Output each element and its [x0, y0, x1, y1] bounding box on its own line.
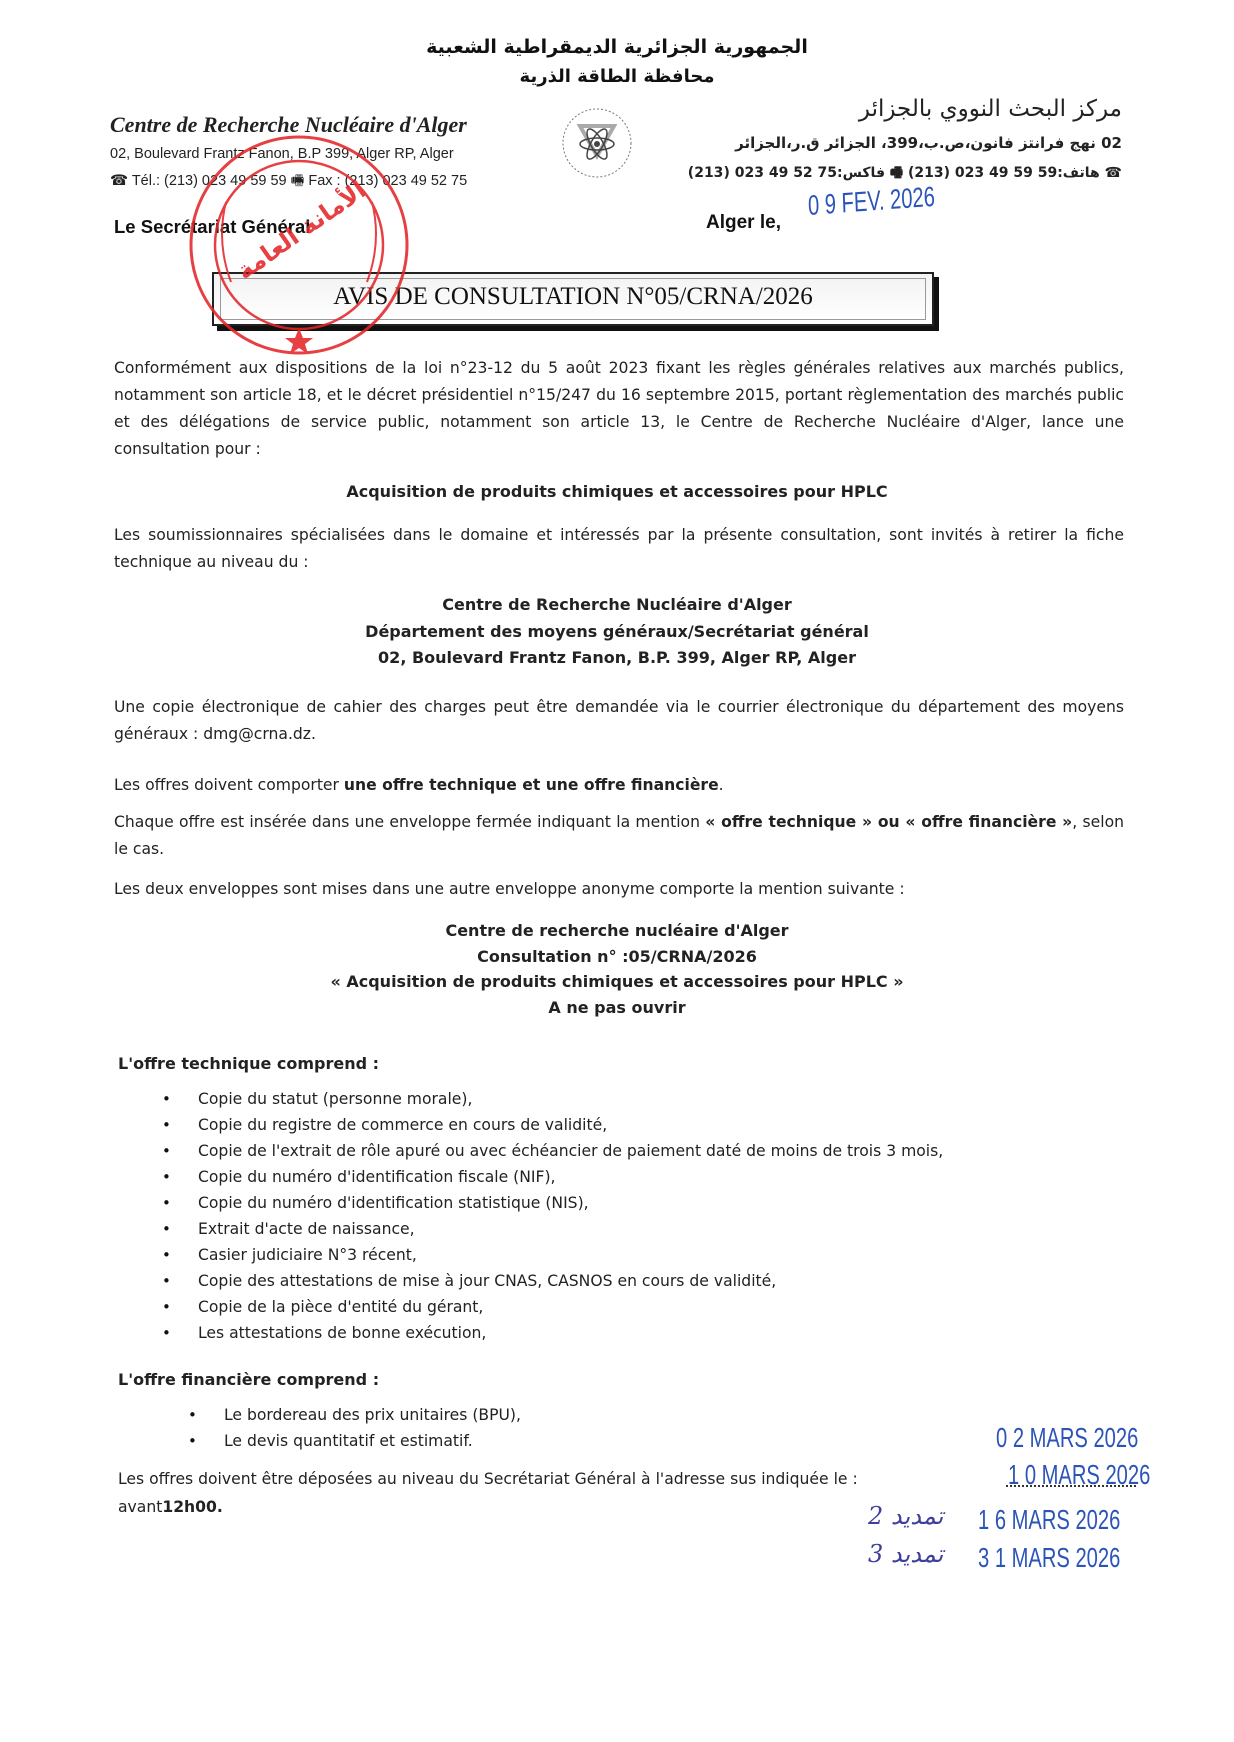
- address-line: Département des moyens généraux/Secrétar…: [0, 619, 1234, 646]
- list-item: Casier judiciaire N°3 récent,: [162, 1242, 943, 1268]
- withdrawal-address-block: Centre de Recherche Nucléaire d'Alger Dé…: [0, 592, 1234, 672]
- date-label: Alger le,: [706, 212, 781, 234]
- list-item: Copie du statut (personne morale),: [162, 1086, 943, 1112]
- org-address-ar: 02 نهج فرانتز فانون،ص.ب،399، الجزائر ق.ر…: [735, 134, 1122, 152]
- org-name-ar: مركز البحث النووي بالجزائر: [859, 96, 1122, 122]
- offers-paragraph: Les offres doivent comporter une offre t…: [114, 772, 1124, 799]
- list-item: Copie de l'extrait de rôle apuré ou avec…: [162, 1138, 943, 1164]
- atom-emblem-icon: [558, 104, 636, 182]
- deadline-stamp-first: 0 2 MARS 2026: [996, 1422, 1138, 1454]
- deadline-stamp-extension-3: 3 1 MARS 2026: [978, 1542, 1120, 1574]
- list-item: Les attestations de bonne exécution,: [162, 1320, 943, 1346]
- anonymous-envelope-paragraph: Les deux enveloppes sont mises dans une …: [114, 876, 1124, 903]
- list-item: Copie du numéro d'identification fiscale…: [162, 1164, 943, 1190]
- envelope-line: Consultation n° :05/CRNA/2026: [0, 944, 1234, 970]
- technical-offer-list: Copie du statut (personne morale), Copie…: [162, 1086, 943, 1346]
- handwritten-extension-2: تمديد 2: [868, 1502, 943, 1530]
- list-item: Copie de la pièce d'entité du gérant,: [162, 1294, 943, 1320]
- consultation-subject: Acquisition de produits chimiques et acc…: [0, 478, 1234, 505]
- list-item: Copie des attestations de mise à jour CN…: [162, 1268, 943, 1294]
- deadline-time: avant12h00.: [118, 1494, 223, 1521]
- list-item: Le bordereau des prix unitaires (BPU),: [188, 1402, 521, 1428]
- financial-offer-heading: L'offre financière comprend :: [118, 1366, 379, 1393]
- intro-paragraph: Conformément aux dispositions de la loi …: [114, 355, 1124, 463]
- envelope-mention-block: Centre de recherche nucléaire d'Alger Co…: [0, 918, 1234, 1020]
- invite-paragraph: Les soumissionnaires spécialisées dans l…: [114, 522, 1124, 576]
- list-item: Copie du numéro d'identification statist…: [162, 1190, 943, 1216]
- offers-emphasis: une offre technique et une offre financi…: [344, 776, 719, 794]
- electronic-copy-paragraph: Une copie électronique de cahier des cha…: [114, 694, 1124, 748]
- address-line: 02, Boulevard Frantz Fanon, B.P. 399, Al…: [0, 645, 1234, 672]
- deadline-stamp-extension-2: 1 6 MARS 2026: [978, 1504, 1120, 1536]
- deadline-stamp-original: 1 0 MARS 2026: [1008, 1459, 1150, 1491]
- address-line: Centre de Recherche Nucléaire d'Alger: [0, 592, 1234, 619]
- envelope-paragraph: Chaque offre est insérée dans une envelo…: [114, 809, 1124, 863]
- list-item: Copie du registre de commerce en cours d…: [162, 1112, 943, 1138]
- deadline-paragraph: Les offres doivent être déposées au nive…: [118, 1466, 1118, 1493]
- list-item: Le devis quantitatif et estimatif.: [188, 1428, 521, 1454]
- date-stamp: 0 9 FEV. 2026: [807, 181, 935, 222]
- handwritten-extension-3: تمديد 3: [868, 1540, 943, 1568]
- red-official-seal-icon: الأمانة العامة: [186, 132, 412, 358]
- envelope-line: « Acquisition de produits chimiques et a…: [0, 969, 1234, 995]
- list-item: Extrait d'acte de naissance,: [162, 1216, 943, 1242]
- envelope-emphasis: « offre technique » ou « offre financièr…: [705, 813, 1072, 831]
- technical-offer-heading: L'offre technique comprend :: [118, 1050, 379, 1077]
- header-commission-ar: محافظة الطاقة الذرية: [0, 66, 1234, 87]
- envelope-line: Centre de recherche nucléaire d'Alger: [0, 918, 1234, 944]
- envelope-line: A ne pas ouvrir: [0, 995, 1234, 1021]
- header-republic-ar: الجمهورية الجزائرية الديمقراطية الشعبية: [0, 36, 1234, 58]
- financial-offer-list: Le bordereau des prix unitaires (BPU), L…: [188, 1402, 521, 1454]
- seal-text: الأمانة العامة: [231, 175, 371, 285]
